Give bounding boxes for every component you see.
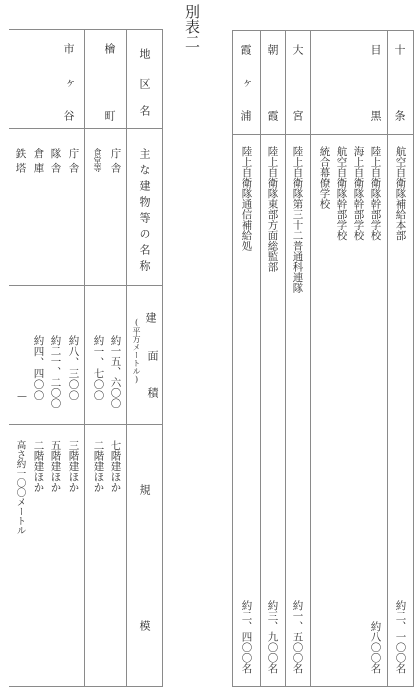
district-char: ヶ [240,78,251,89]
area-value: 約四、四〇〇 [33,335,44,401]
building-name: 隊舎 [50,148,61,177]
right-table-hline-1 [232,134,414,135]
scale-value: 二階建ほか [93,440,104,493]
building-name: 航空自衛隊幹部学校 [336,146,347,241]
left-table-hline-1 [9,128,163,129]
left-table-bottom-border [9,686,163,687]
scale-value: 七階建ほか [110,440,121,493]
building-name: 陸上自衛隊東部方面総監部 [267,146,278,272]
area-value: 約一、七〇〇 [93,335,104,401]
area-value: ― [17,392,26,402]
district-char: ヶ [63,78,74,89]
district-char: 霞 [267,110,278,121]
district-char: 市 [63,43,74,54]
building-name: 陸上自衛隊通信補給処 [241,146,252,251]
header-scale-char-1: 規 [139,484,150,495]
district-char: 宮 [292,110,303,121]
personnel-count: 約八〇〇名 [370,621,381,674]
header-area-char-2: 面 [147,350,158,361]
scale-value: 高さ約一〇〇メートル [15,440,25,535]
district-char: 十 [394,44,405,55]
district-char: 条 [394,110,405,121]
header-area-unit: (平方メートル) [132,318,140,384]
header-buildings: 主な建物等の名称 [139,148,150,276]
area-value: 約一五、六〇〇 [110,335,121,409]
area-value: 約二一、二〇〇 [50,335,61,409]
building-name: 食堂等 [93,148,101,172]
right-table-right-border [413,30,414,687]
district-char: 町 [104,110,115,121]
district-char: 檜 [104,43,115,54]
scale-value: 五階建ほか [50,440,61,493]
district-char: 朝 [267,44,278,55]
scale-value: 三階建ほか [68,440,79,493]
left-table-top-border [9,29,163,30]
district-char: 谷 [63,110,74,121]
building-name: 海上自衛隊幹部学校 [353,146,364,241]
right-table-col-divider-3 [310,30,311,687]
building-name: 倉庫 [33,148,44,177]
table-title: 別表二 [184,4,199,49]
personnel-count: 約二、四〇〇名 [241,600,252,674]
building-name: 陸上自衛隊幹部学校 [370,146,381,241]
personnel-count: 約一、五〇〇名 [292,600,303,674]
area-value: 約八、三〇〇 [68,335,79,401]
district-char: 大 [292,44,303,55]
right-table-col-divider-2 [285,30,286,687]
district-char: 霞 [240,44,251,55]
left-table-hline-3 [9,424,163,425]
personnel-count: 約二、一〇〇名 [395,600,406,674]
header-district-char-2: 区 [139,78,150,89]
district-char: 目 [370,44,381,55]
scale-value: 二階建ほか [33,440,44,493]
right-table-col-divider-4 [387,30,388,687]
left-table-hline-2 [9,285,163,286]
building-name: 庁舎 [68,148,79,177]
building-name: 鉄塔 [15,148,26,177]
header-area-char-1: 建 [145,312,156,323]
building-name: 統合幕僚学校 [319,146,330,209]
header-district-char-1: 地 [139,48,150,59]
header-district-char-3: 名 [139,105,150,116]
header-area-char-3: 積 [147,387,158,398]
right-table-left-border [232,30,233,687]
district-char: 浦 [240,110,251,121]
building-name: 航空自衛隊補給本部 [395,146,406,241]
right-table-col-divider-1 [260,30,261,687]
building-name: 陸上自衛隊第三十二普通科連隊 [292,146,303,293]
header-scale-char-2: 模 [139,620,150,631]
building-name: 庁舎 [110,148,121,177]
district-char: 黒 [370,110,381,121]
personnel-count: 約三、九〇〇名 [267,600,278,674]
